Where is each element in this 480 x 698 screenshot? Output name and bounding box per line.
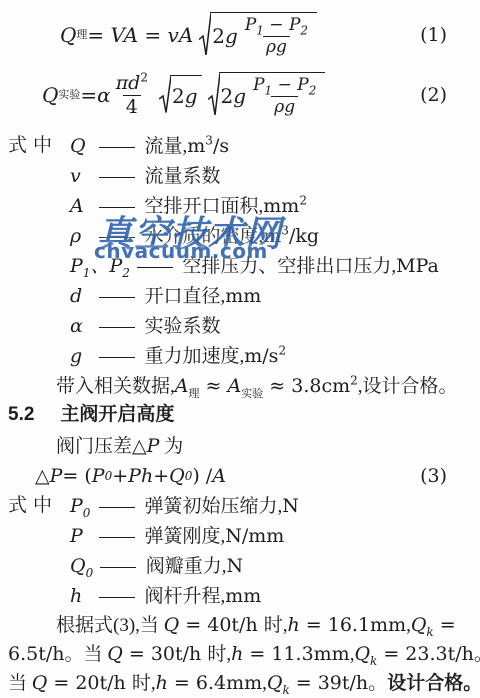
symbol-description: 流量系数 bbox=[145, 166, 221, 187]
symbol-description: 开口直径,mm bbox=[145, 286, 262, 307]
section-number: 5.2 bbox=[8, 404, 34, 425]
symbol: g bbox=[70, 341, 92, 371]
em-dash bbox=[99, 207, 135, 209]
em-dash bbox=[99, 147, 135, 149]
em-dash bbox=[99, 237, 135, 239]
equation-2-lhs: Q实验 = α bbox=[42, 83, 111, 107]
symbol-description: 重力加速度,m/s2 bbox=[145, 346, 287, 367]
section-title: 主阀开启高度 bbox=[60, 404, 174, 425]
fraction-numerator: P1 − P2 bbox=[243, 15, 310, 35]
symbol-definitions-2: 式中 P0 弹簧初始压缩力,N P 弹簧刚度,N/mm Q0 阀瓣重力,N h … bbox=[0, 491, 480, 611]
radicand: 2g bbox=[172, 84, 198, 108]
symbol-description: 阀瓣重力,N bbox=[146, 556, 243, 577]
paragraph-line: 当 Q = 20t/h 时,h = 6.4mm,Qk = 39t/h。设计合格。 bbox=[0, 669, 480, 698]
symbol-definition-row: d 开口直径,mm bbox=[70, 281, 480, 311]
sqrt-radical: 2g P1 − P2 ρg bbox=[199, 12, 317, 58]
em-dash bbox=[99, 357, 135, 359]
paragraph-line: 根据式(3),当 Q = 40t/h 时,h = 16.1mm,Qk = bbox=[0, 611, 480, 640]
equation-2: Q实验 = α πd2 4 2g 2g P1 − P2 ρg (2) bbox=[0, 64, 480, 126]
symbol-definition-row: h 阀杆升程,mm bbox=[70, 581, 480, 611]
symbol-description: 实验系数 bbox=[145, 316, 221, 337]
em-dash bbox=[99, 177, 135, 179]
equation-number: (1) bbox=[420, 24, 447, 46]
symbol-description: 空排压力、空排出口压力,MPa bbox=[182, 256, 438, 277]
em-dash bbox=[99, 327, 135, 329]
symbol-definition-row: P0 弹簧初始压缩力,N bbox=[70, 491, 480, 521]
pressure-diff-line: 阀门压差△P 为 bbox=[0, 431, 480, 461]
em-dash bbox=[99, 537, 135, 539]
em-dash bbox=[99, 507, 135, 509]
symbol: ρ bbox=[70, 221, 92, 251]
equation-1: Q理 = VA = vA 2g P1 − P2 ρg (1) bbox=[0, 6, 480, 64]
where-label: 式中 bbox=[8, 491, 58, 521]
equation-number: (3) bbox=[420, 465, 447, 487]
section-heading: 5.2主阀开启高度 bbox=[0, 401, 480, 431]
symbol-definition-row: v 流量系数 bbox=[70, 161, 480, 191]
radicand-prefix: 2g bbox=[221, 84, 247, 108]
symbol-definition-row: ρ 水介质的密度,m3/kg bbox=[70, 221, 480, 251]
symbol-definition-row: g 重力加速度,m/s2 bbox=[70, 341, 480, 371]
fraction-denominator: 4 bbox=[123, 95, 141, 119]
paragraph-line: 6.5t/h。当 Q = 30t/h 时,h = 11.3mm,Qk = 23.… bbox=[0, 640, 480, 669]
sqrt-radical: 2g bbox=[159, 75, 202, 115]
em-dash bbox=[100, 567, 136, 569]
symbol: A bbox=[70, 191, 92, 221]
em-dash bbox=[137, 267, 173, 269]
symbol: h bbox=[70, 581, 92, 611]
equation-3: △P = (P0 + Ph + Q0) /A (3) bbox=[0, 461, 480, 491]
symbol: P bbox=[70, 521, 92, 551]
symbol-description: 弹簧初始压缩力,N bbox=[145, 496, 299, 517]
symbol: v bbox=[70, 161, 92, 191]
equation-number: (2) bbox=[420, 84, 447, 106]
symbol: Q bbox=[70, 131, 92, 161]
symbol-definition-row: A 空排开口面积,mm2 bbox=[70, 191, 480, 221]
symbol-description: 流量,m3/s bbox=[145, 136, 230, 157]
sqrt-radical: 2g P1 − P2 ρg bbox=[208, 72, 326, 118]
fraction: P1 − P2 ρg bbox=[243, 15, 310, 57]
symbol: P1、P2 bbox=[70, 251, 130, 282]
equation-1-lhs: Q理 = VA = vA bbox=[60, 23, 193, 47]
fraction-numerator: πd2 bbox=[114, 72, 150, 95]
equation-3-body: △P = (P0 + Ph + Q0) /A bbox=[35, 465, 226, 487]
symbol: d bbox=[70, 281, 92, 311]
fraction: P1 − P2 ρg bbox=[251, 75, 318, 117]
symbol-description: 空排开口面积,mm2 bbox=[145, 196, 307, 217]
radicand-prefix: 2g bbox=[212, 24, 238, 48]
closing-paragraph: 根据式(3),当 Q = 40t/h 时,h = 16.1mm,Qk = 6.5… bbox=[0, 611, 480, 698]
symbol-definitions-1: 式中 Q 流量,m3/s v 流量系数 A 空排开口面积,mm2 ρ 水介质的密… bbox=[0, 131, 480, 371]
fraction-denominator: ρg bbox=[271, 96, 298, 117]
symbol: P0 bbox=[70, 491, 92, 521]
document-page: 真空技术网 chvacuum.com Q理 = VA = vA 2g P1 − … bbox=[0, 6, 480, 698]
symbol-definition-row: Q 流量,m3/s bbox=[70, 131, 480, 161]
symbol: Q0 bbox=[70, 551, 93, 581]
fraction-denominator: ρg bbox=[263, 36, 290, 57]
fraction: πd2 4 bbox=[114, 72, 150, 119]
result-sentence: 带入相关数据,A理 ≈ A实验 ≈ 3.8cm2,设计合格。 bbox=[0, 371, 480, 401]
symbol: α bbox=[70, 311, 92, 341]
symbol-definition-row: P1、P2 空排压力、空排出口压力,MPa bbox=[70, 251, 480, 281]
symbol-description: 阀杆升程,mm bbox=[145, 586, 262, 607]
em-dash bbox=[99, 597, 135, 599]
fraction-numerator: P1 − P2 bbox=[251, 75, 318, 95]
symbol-definition-row: P 弹簧刚度,N/mm bbox=[70, 521, 480, 551]
symbol-definition-row: Q0 阀瓣重力,N bbox=[70, 551, 480, 581]
em-dash bbox=[99, 297, 135, 299]
where-label: 式中 bbox=[8, 131, 58, 161]
symbol-description: 水介质的密度,m3/kg bbox=[145, 226, 320, 247]
symbol-definition-row: α 实验系数 bbox=[70, 311, 480, 341]
symbol-description: 弹簧刚度,N/mm bbox=[145, 526, 285, 547]
